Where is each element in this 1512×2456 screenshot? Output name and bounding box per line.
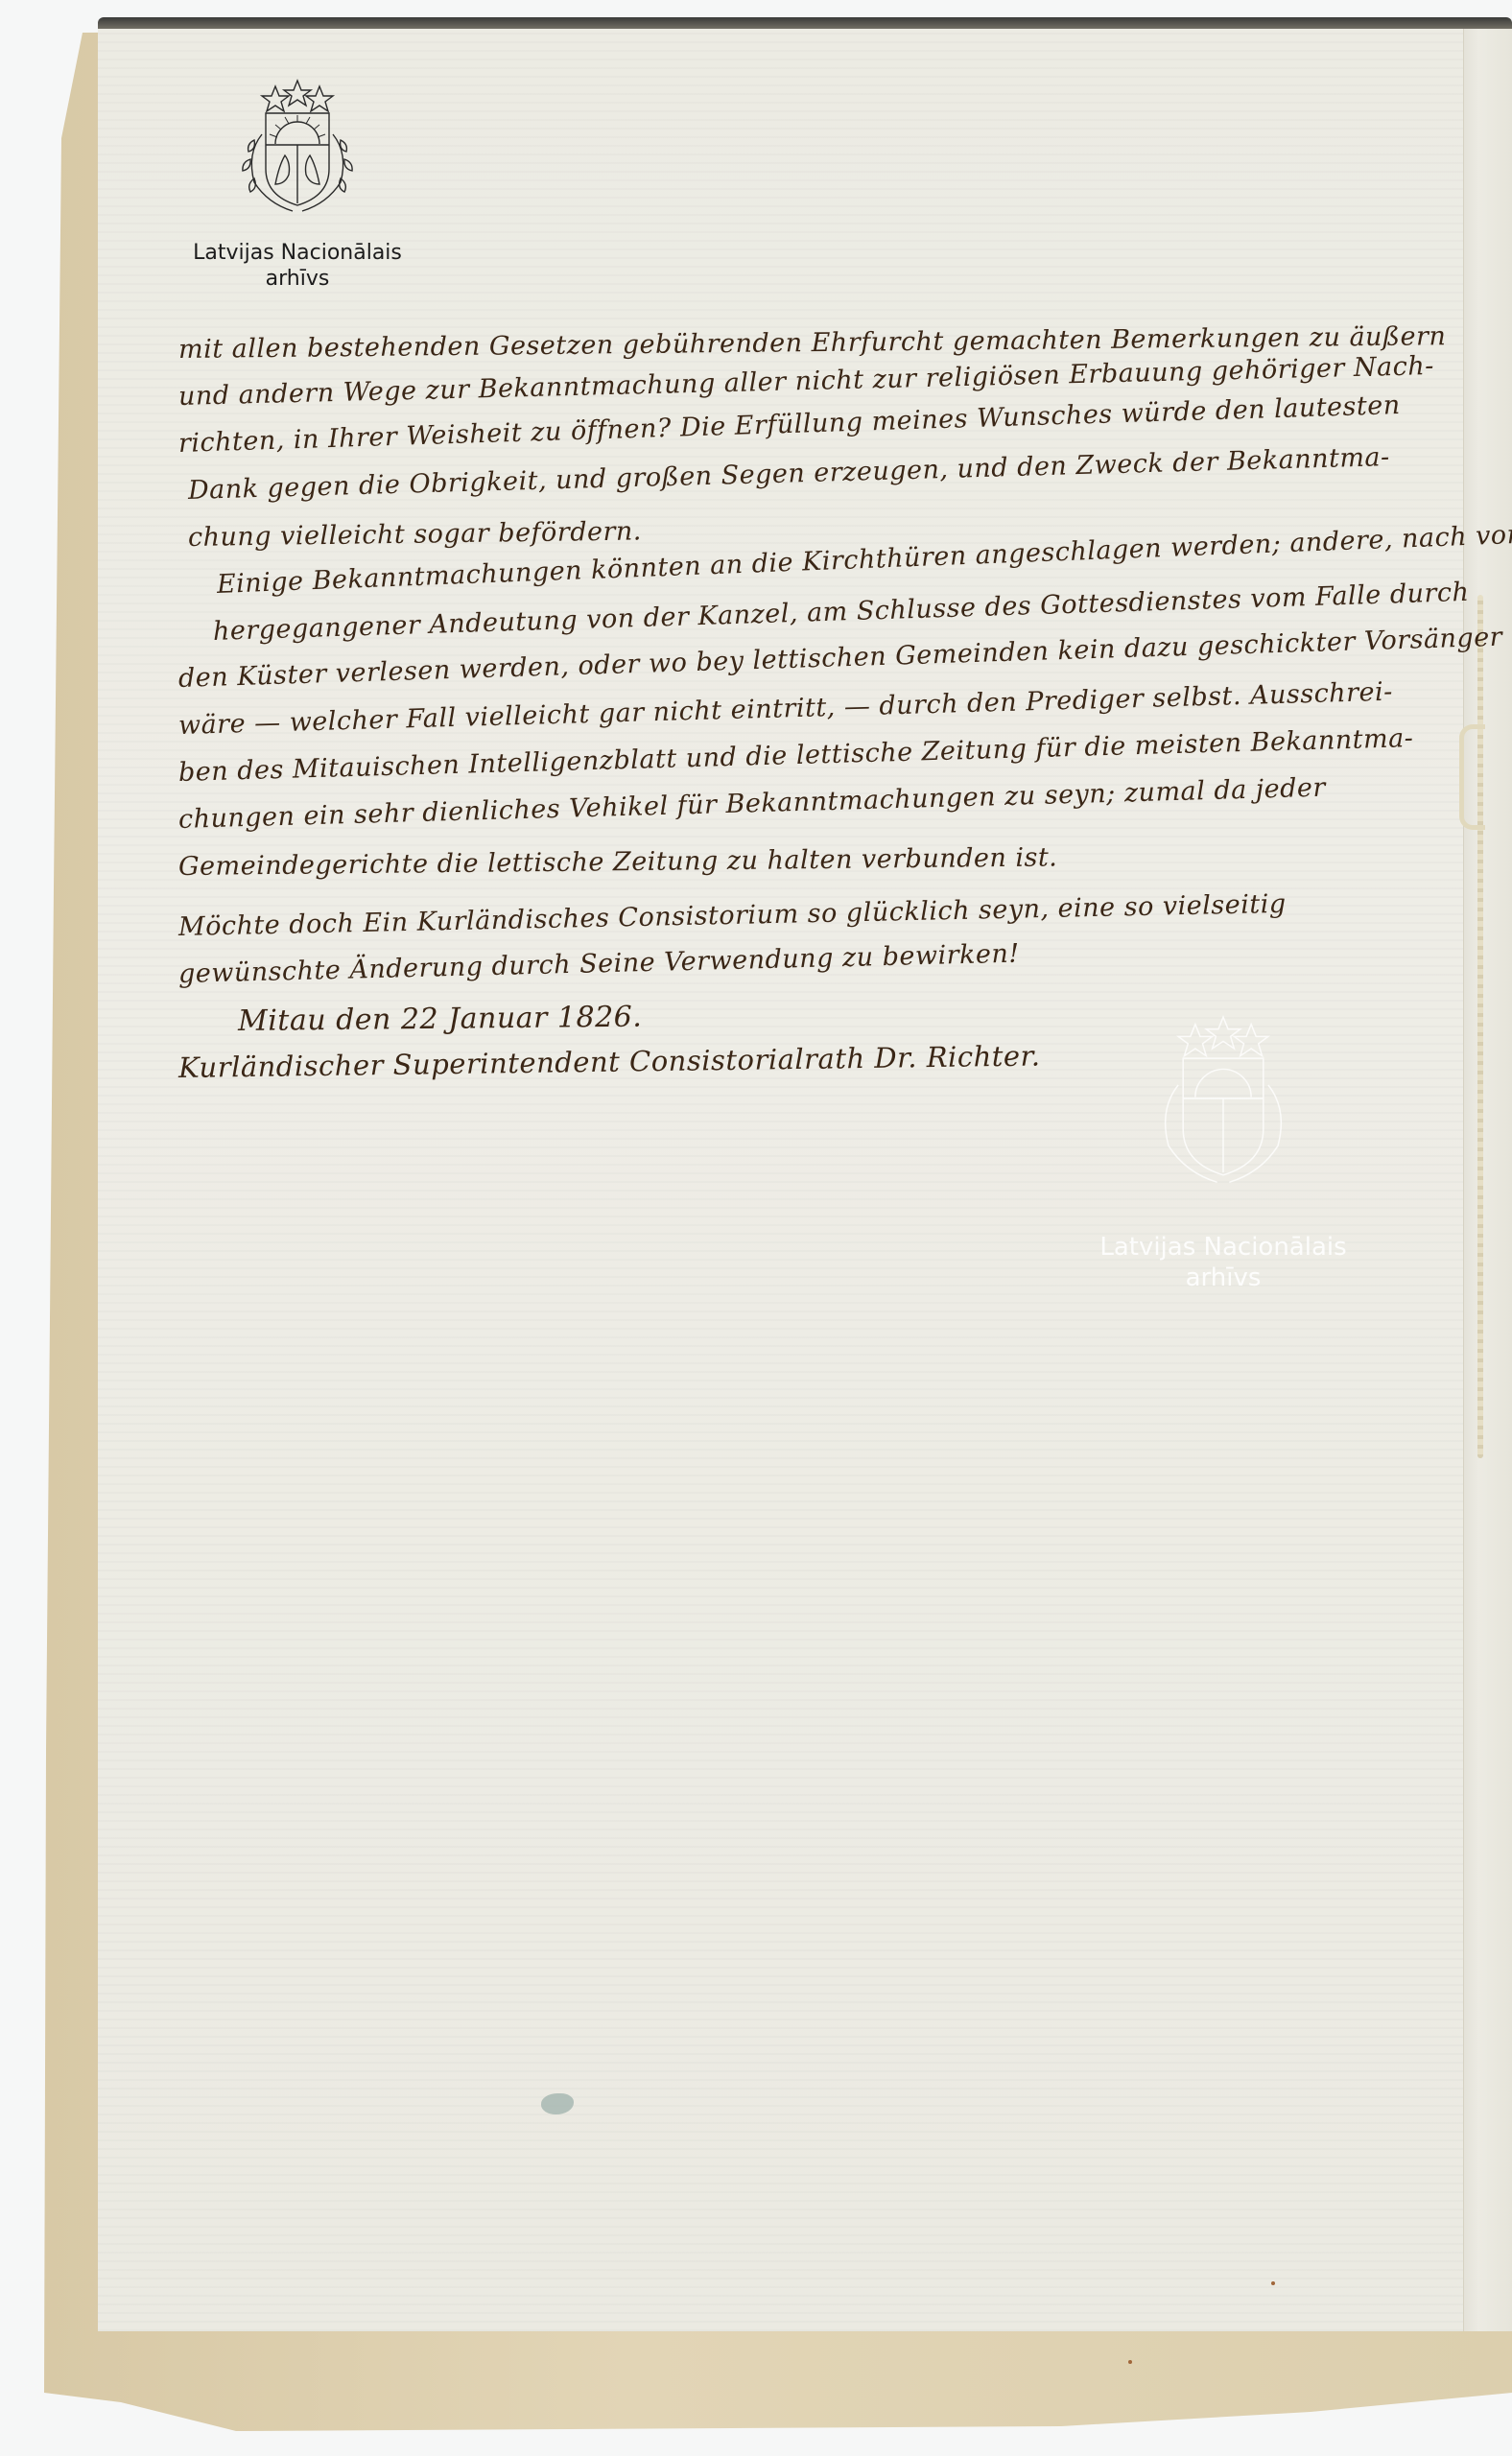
latvian-coat-of-arms-icon — [1132, 1007, 1314, 1199]
watermark-name-line2: arhīvs — [1065, 1263, 1382, 1293]
watermark-name-line1: Latvijas Nacionālais — [1065, 1232, 1382, 1263]
latvian-coat-of-arms-icon — [225, 77, 369, 221]
archive-name-line1: Latvijas Nacionālais — [192, 240, 403, 266]
manuscript-text: mit allen bestehenden Gesetzen gebührend… — [178, 326, 1464, 1092]
paper-speck — [1128, 2360, 1132, 2364]
paper-speck — [1271, 2281, 1275, 2285]
watermark-archive-name: Latvijas Nacionālais arhīvs — [1065, 1232, 1382, 1293]
archive-logo: Latvijas Nacionālais arhīvs — [192, 77, 403, 292]
archive-name-line2: arhīvs — [192, 266, 403, 292]
archive-watermark: Latvijas Nacionālais arhīvs — [1065, 1007, 1382, 1293]
archive-name: Latvijas Nacionālais arhīvs — [192, 240, 403, 292]
adjacent-folded-page — [1463, 29, 1512, 2331]
